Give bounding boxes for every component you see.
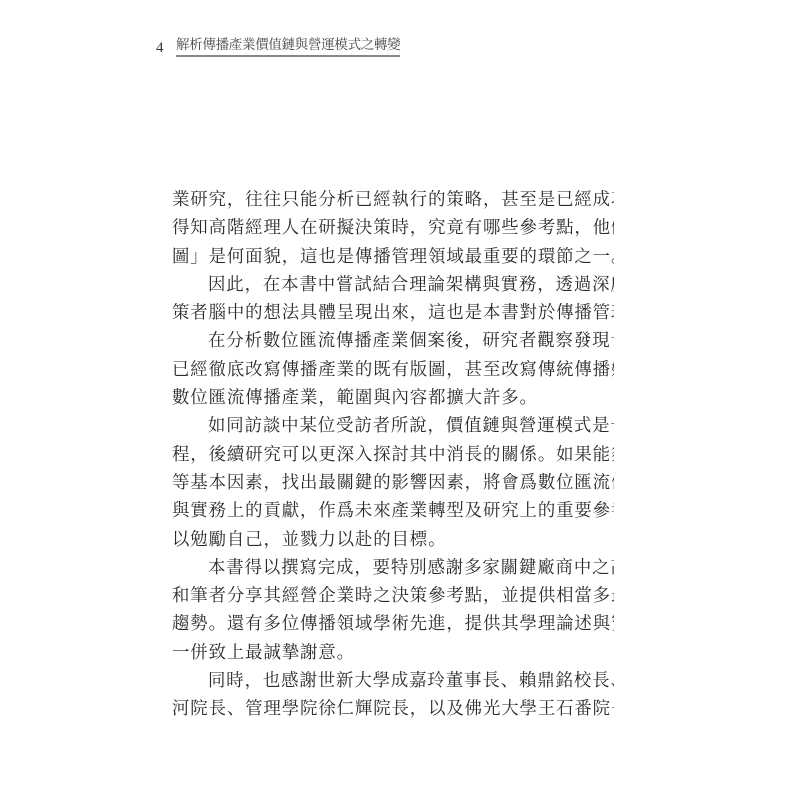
- text-line: 因此，在本書中嘗試結合理論架構與實務，透過深度訪談，將企業決: [172, 271, 614, 299]
- text-line: 本書得以撰寫完成，要特別感謝多家關鍵廠商中之高階經理人，願意: [172, 554, 614, 582]
- running-header-title: 解析傳播產業價值鏈與營運模式之轉變: [176, 36, 400, 57]
- text-line: 策者腦中的想法具體呈現出來，這也是本書對於傳播管理領域的貢獻。: [172, 299, 614, 327]
- text-line: 圖」是何面貌，這也是傳播管理領域最重要的環節之一。: [172, 243, 614, 271]
- paragraph: 業研究，往往只能分析已經執行的策略，甚至是已經成功的策略，卻無法 得知高階經理人…: [172, 186, 614, 271]
- text-line: 同時，也感謝世新大學成嘉玲董事長、賴鼎銘校長、傳播學院陳清: [172, 667, 614, 695]
- text-line: 以勉勵自己，並戮力以赴的目標。: [172, 526, 614, 554]
- paragraph: 本書得以撰寫完成，要特別感謝多家關鍵廠商中之高階經理人，願意 和筆者分享其經營企…: [172, 554, 614, 667]
- text-line: 在分析數位匯流傳播產業個案後，研究者觀察發現十年來，數位匯流: [172, 327, 614, 355]
- paragraph: 同時，也感謝世新大學成嘉玲董事長、賴鼎銘校長、傳播學院陳清 河院長、管理學院徐仁…: [172, 667, 614, 724]
- text-line: 與實務上的貢獻，作爲未來產業轉型及研究上的重要參考。這也是筆者用: [172, 497, 614, 525]
- text-line: 程，後續研究可以更深入探討其中消長的關係。如果能夠分析成本、支出: [172, 441, 614, 469]
- running-header: 4 解析傳播產業價值鏈與營運模式之轉變: [156, 36, 400, 57]
- page-number: 4: [156, 39, 174, 57]
- paragraph: 在分析數位匯流傳播產業個案後，研究者觀察發現十年來，數位匯流 已經徹底改寫傳播產…: [172, 327, 614, 412]
- text-line: 趨勢。還有多位傳播領域學術先進，提供其學理論述與寶貴的見解，在此: [172, 610, 614, 638]
- text-line: 已經徹底改寫傳播產業的既有版圖，甚至改寫傳統傳播媒體的定義，成爲: [172, 356, 614, 384]
- text-line: 河院長、管理學院徐仁輝院長，以及佛光大學王石番院長長期的鼓勵與鞭: [172, 695, 614, 723]
- body-text: 業研究，往往只能分析已經執行的策略，甚至是已經成功的策略，卻無法 得知高階經理人…: [172, 186, 614, 724]
- text-line: 一併致上最誠摯謝意。: [172, 639, 614, 667]
- text-line: 得知高階經理人在研擬決策時，究竟有哪些參考點，他們腦中的「決策地: [172, 214, 614, 242]
- paragraph: 如同訪談中某位受訪者所說，價值鏈與營運模式是一個動態變化的過 程，後續研究可以更…: [172, 412, 614, 553]
- text-line: 如同訪談中某位受訪者所說，價值鏈與營運模式是一個動態變化的過: [172, 412, 614, 440]
- text-line: 和筆者分享其經營企業時之決策參考點，並提供相當多最即時的產業變化: [172, 582, 614, 610]
- text-line: 等基本因素，找出最關鍵的影響因素，將會爲數位匯流傳播廠商帶來學術: [172, 469, 614, 497]
- text-line: 數位匯流傳播產業，範圍與內容都擴大許多。: [172, 384, 614, 412]
- text-line: 業研究，往往只能分析已經執行的策略，甚至是已經成功的策略，卻無法: [172, 186, 614, 214]
- paragraph: 因此，在本書中嘗試結合理論架構與實務，透過深度訪談，將企業決 策者腦中的想法具體…: [172, 271, 614, 328]
